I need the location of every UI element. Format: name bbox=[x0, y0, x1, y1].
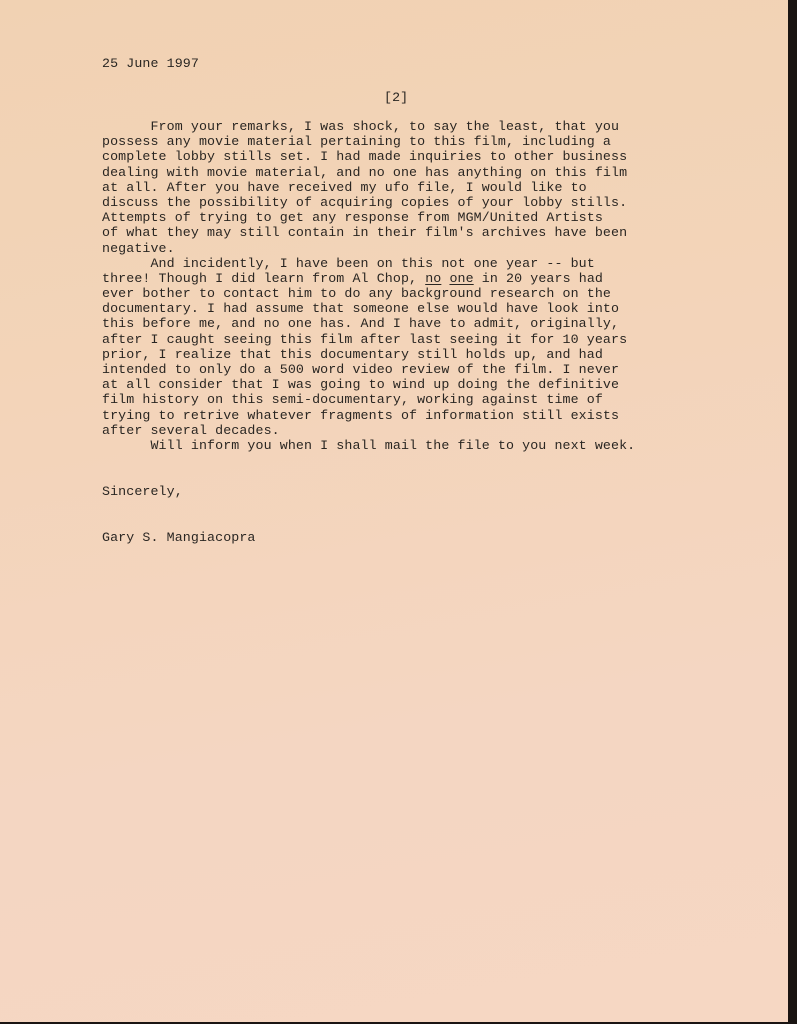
text-line: dealing with movie material, and no one … bbox=[102, 165, 635, 180]
text-line: complete lobby stills set. I had made in… bbox=[102, 149, 635, 164]
letter-body: From your remarks, I was shock, to say t… bbox=[102, 119, 635, 453]
letter-page: 25 June 1997 [2] From your remarks, I wa… bbox=[0, 0, 788, 1022]
text-line: Attempts of trying to get any response f… bbox=[102, 210, 635, 225]
text-line: trying to retrive whatever fragments of … bbox=[102, 408, 635, 423]
text-line: after several decades. bbox=[102, 423, 635, 438]
page-number: [2] bbox=[384, 90, 408, 105]
text-line: And incidently, I have been on this not … bbox=[102, 256, 635, 271]
text-line: documentary. I had assume that someone e… bbox=[102, 301, 635, 316]
text-line: of what they may still contain in their … bbox=[102, 225, 635, 240]
paragraph: Will inform you when I shall mail the fi… bbox=[102, 438, 635, 453]
text-line: this before me, and no one has. And I ha… bbox=[102, 316, 635, 331]
text-line: discuss the possibility of acquiring cop… bbox=[102, 195, 635, 210]
text-line: at all consider that I was going to wind… bbox=[102, 377, 635, 392]
text-line: film history on this semi-documentary, w… bbox=[102, 392, 635, 407]
text-line: From your remarks, I was shock, to say t… bbox=[102, 119, 635, 134]
letter-closing: Sincerely, bbox=[102, 484, 183, 499]
text-line: ever bother to contact him to do any bac… bbox=[102, 286, 635, 301]
text-line: three! Though I did learn from Al Chop, … bbox=[102, 271, 635, 286]
text-line: intended to only do a 500 word video rev… bbox=[102, 362, 635, 377]
text-line: at all. After you have received my ufo f… bbox=[102, 180, 635, 195]
text-line: possess any movie material pertaining to… bbox=[102, 134, 635, 149]
underlined-text: one bbox=[449, 271, 473, 286]
underlined-text: no bbox=[425, 271, 441, 286]
text-line: Will inform you when I shall mail the fi… bbox=[102, 438, 635, 453]
letter-date: 25 June 1997 bbox=[102, 56, 199, 71]
paragraph: From your remarks, I was shock, to say t… bbox=[102, 119, 635, 256]
paragraph: And incidently, I have been on this not … bbox=[102, 256, 635, 438]
text-line: after I caught seeing this film after la… bbox=[102, 332, 635, 347]
text-line: negative. bbox=[102, 241, 635, 256]
letter-signature: Gary S. Mangiacopra bbox=[102, 530, 256, 545]
text-line: prior, I realize that this documentary s… bbox=[102, 347, 635, 362]
